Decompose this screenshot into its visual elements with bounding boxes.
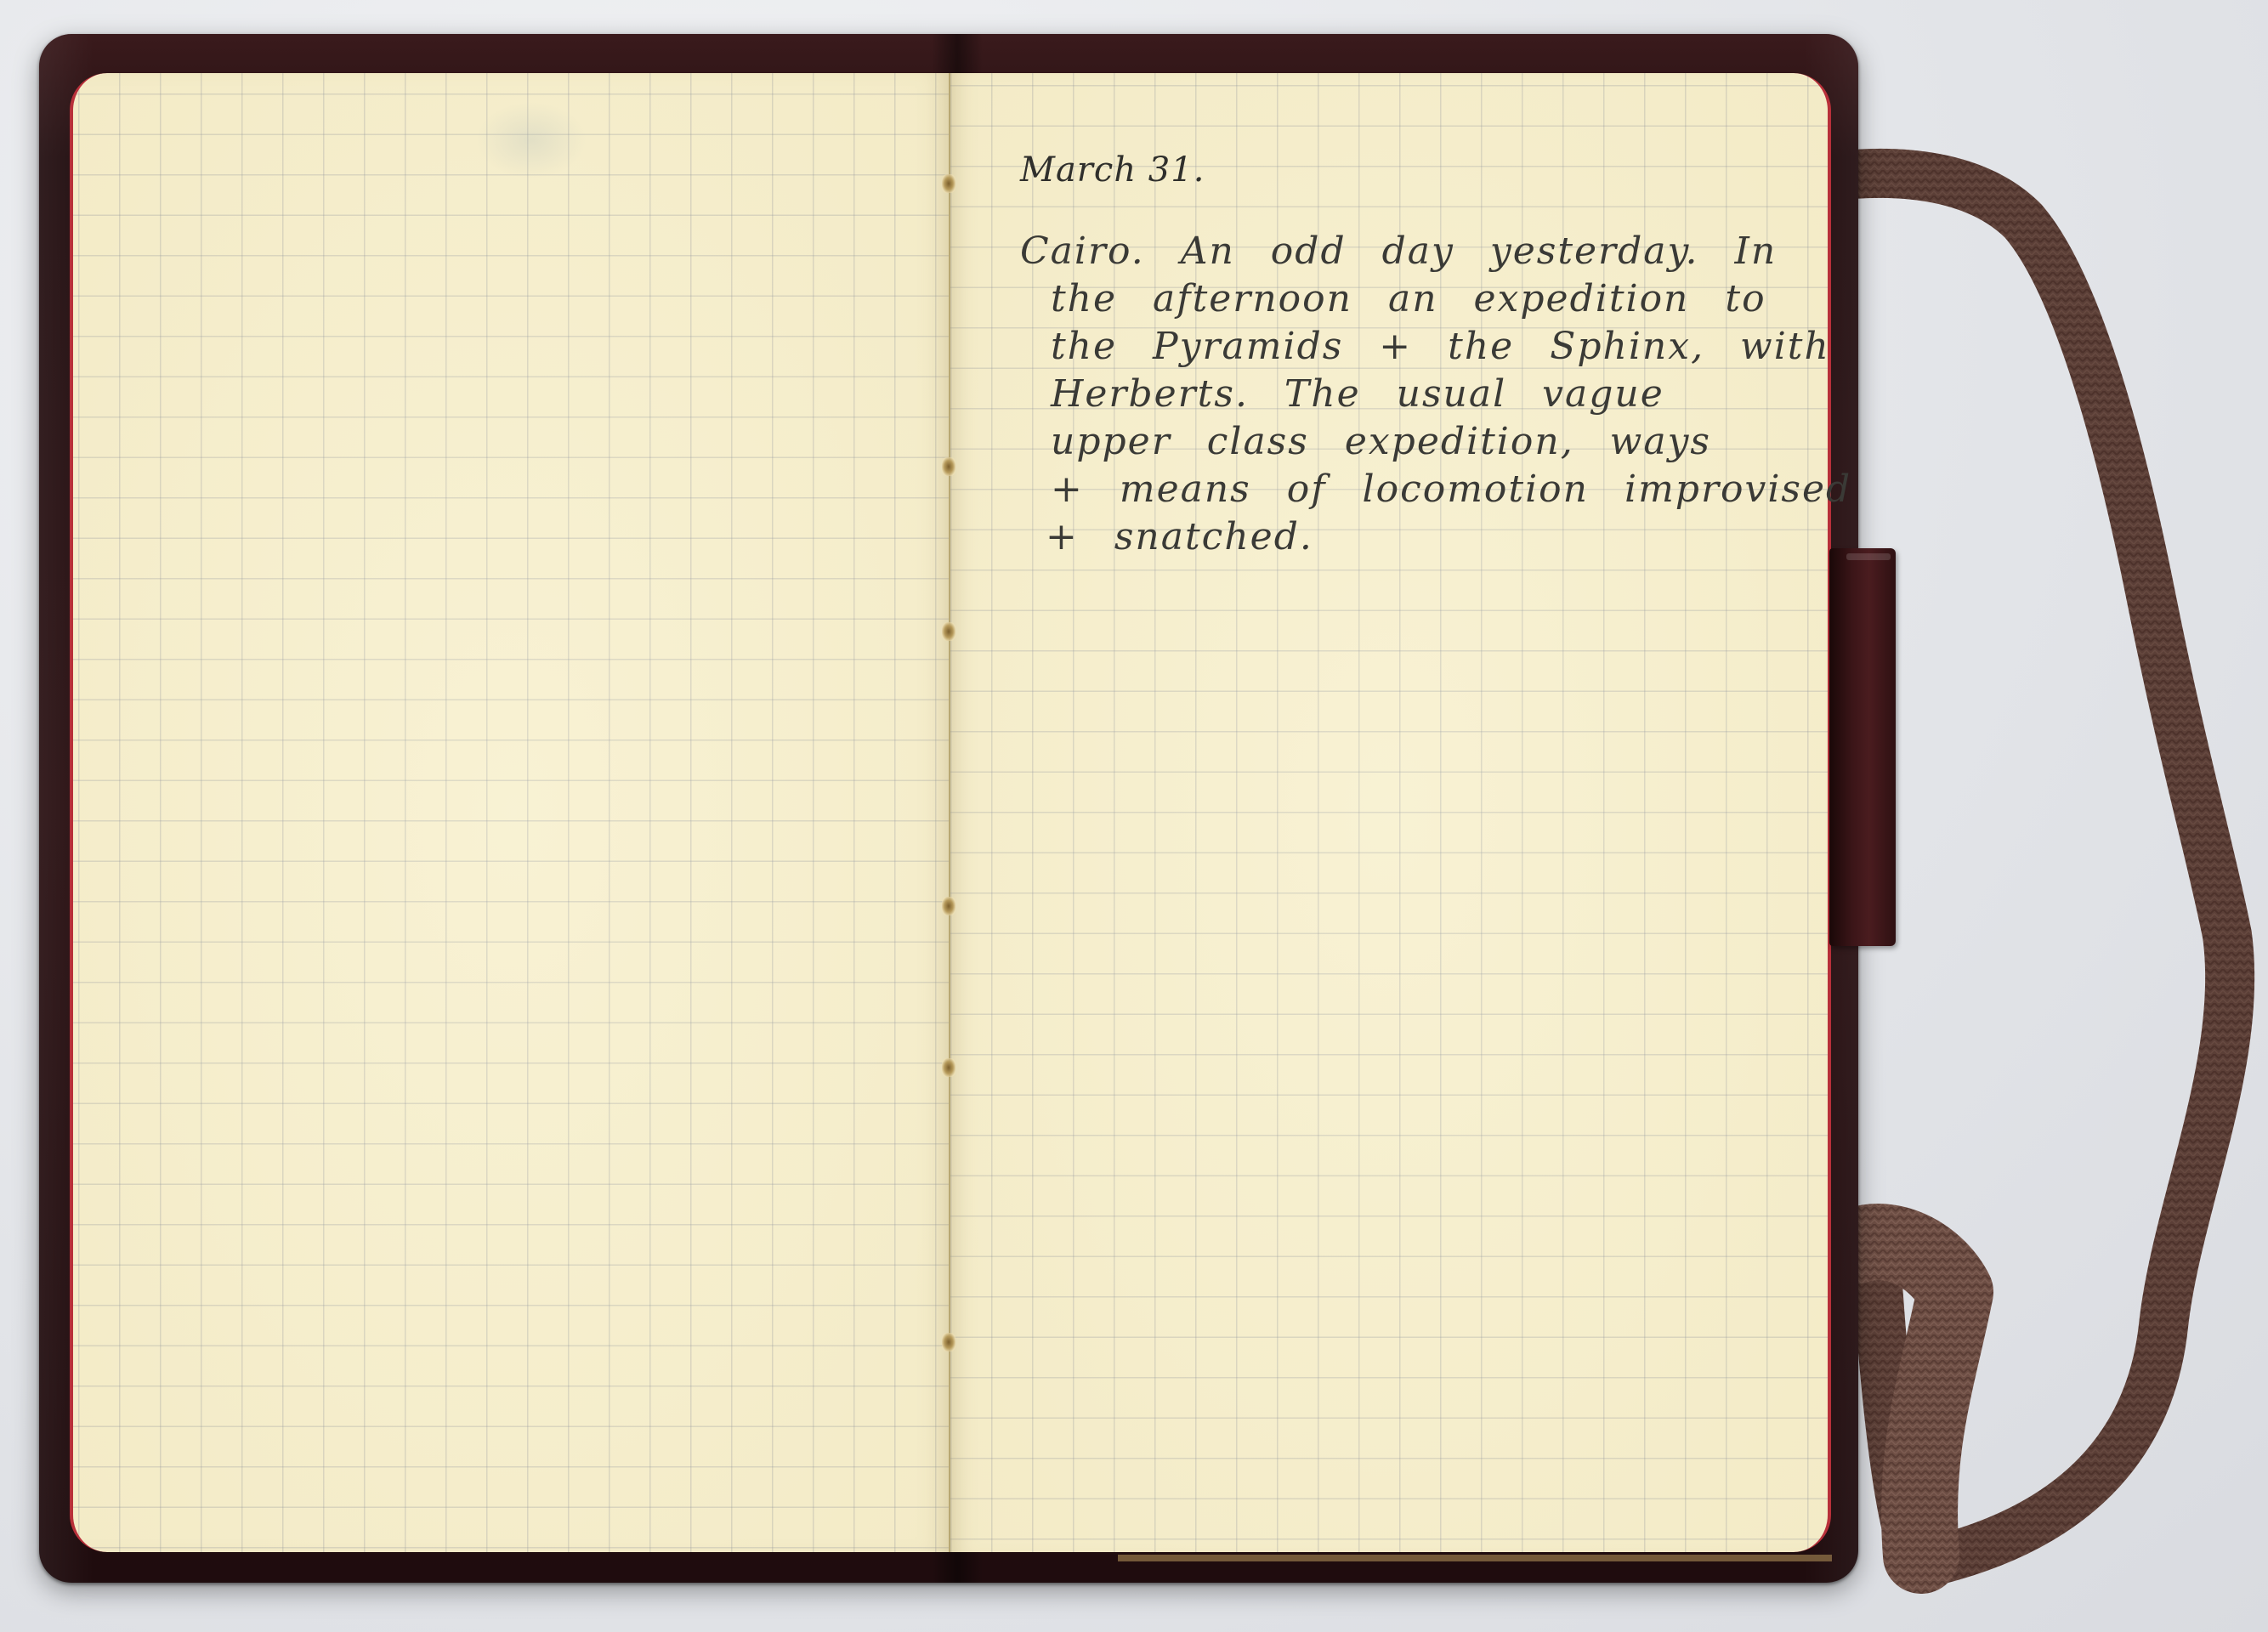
entry-line-4: Herberts. The usual vague (1051, 371, 1811, 418)
binding-stitch (942, 622, 955, 641)
binding-stitch (942, 174, 955, 193)
entry-date: March 31. (1020, 144, 1811, 195)
left-page (70, 73, 954, 1552)
entry-line-1: Cairo. An odd day yesterday. In (1020, 228, 1811, 275)
entry-line-5: upper class expedition, ways (1051, 418, 1811, 466)
entry-line-7: + snatched. (1046, 513, 1811, 561)
binding-stitch (942, 897, 955, 915)
page-edge-strip (1118, 1555, 1832, 1561)
entry-line-3: the Pyramids + the Sphinx, with (1051, 323, 1811, 371)
entry-text: Cairo. An odd day yesterday. In the afte… (1020, 228, 1811, 561)
page-stain (476, 102, 587, 178)
binding-stitch (942, 457, 955, 476)
entry-line-6: + means of locomotion improvised (1051, 466, 1811, 513)
binding-stitch (942, 1333, 955, 1351)
left-page-tint (73, 73, 954, 1552)
entry-line-2: the afternoon an expedition to (1051, 275, 1811, 323)
binding-stitch (942, 1058, 955, 1077)
binding-gutter (949, 73, 950, 1552)
pen-loop[interactable] (1829, 548, 1896, 946)
diary-entry: March 31. Cairo. An odd day yesterday. I… (1020, 144, 1811, 561)
